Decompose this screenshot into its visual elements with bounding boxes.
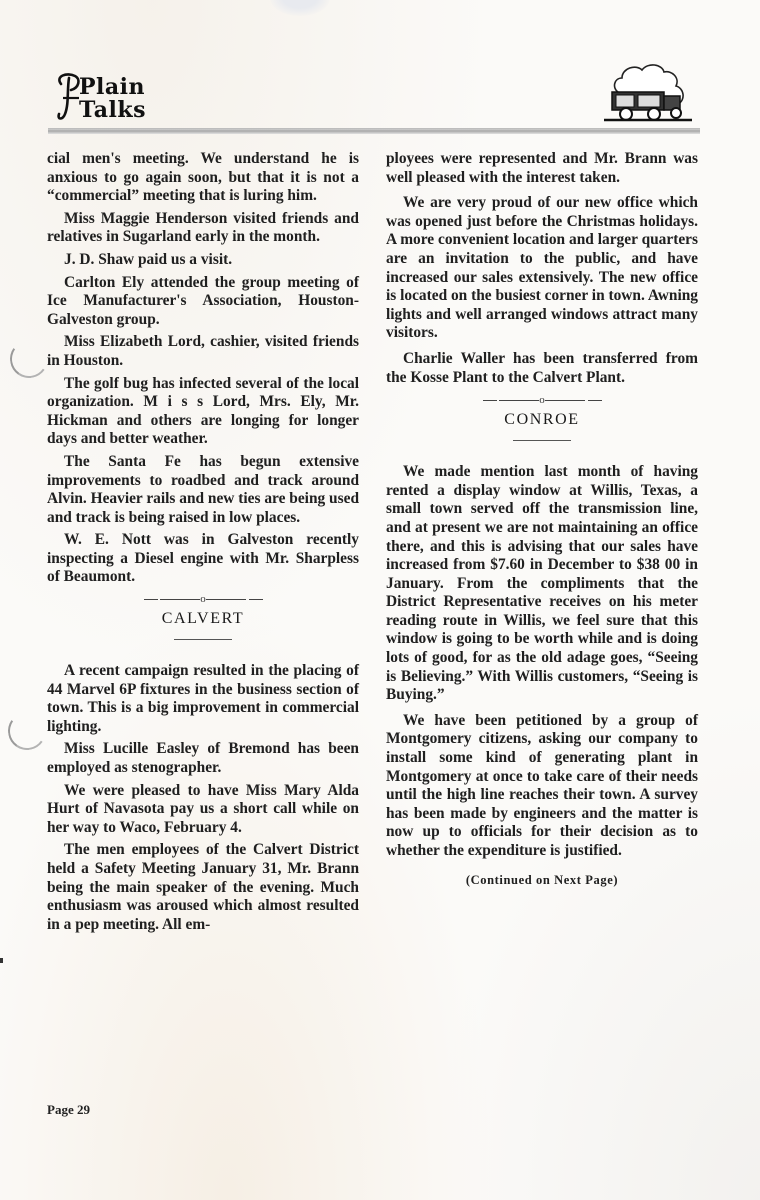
divider-dash <box>499 400 539 401</box>
paragraph: Carlton Ely attended the group meeting o… <box>47 274 359 330</box>
continued-note: (Continued on Next Page) <box>386 871 698 890</box>
paragraph: A recent campaign resulted in the placin… <box>47 662 359 736</box>
right-column: ployees were represented and Mr. Brann w… <box>386 150 698 889</box>
heading-underline <box>174 639 232 640</box>
divider-dash <box>545 400 585 401</box>
left-column: cial men's meeting. We understand he is … <box>47 150 359 938</box>
paragraph: Miss Elizabeth Lord, cashier, visit­ed f… <box>47 333 359 370</box>
page-number: Page 29 <box>47 1102 90 1118</box>
paragraph: Charlie Waller has been transfer­red fro… <box>386 350 698 387</box>
divider-dash <box>206 599 246 600</box>
divider-dash <box>144 599 158 600</box>
paragraph: Miss Lucille Easley of Bremond has been … <box>47 740 359 777</box>
paragraph: We were pleased to have Miss Mary Alda H… <box>47 782 359 838</box>
divider-dash <box>588 400 602 401</box>
paragraph: We have been petitioned by a group of Mo… <box>386 712 698 861</box>
divider-dash <box>483 400 497 401</box>
paragraph: W. E. Nott was in Galveston re­cently in… <box>47 531 359 587</box>
hole-punch-mark <box>7 337 51 381</box>
paragraph: The men employees of the Calvert Distric… <box>47 841 359 934</box>
masthead: Plain Talks <box>48 58 700 136</box>
logo-word-plain: Plain <box>79 76 145 98</box>
section-divider: o <box>386 394 698 406</box>
divider-dash <box>249 599 263 600</box>
section-heading-conroe: CONROE <box>386 410 698 430</box>
header-rule <box>48 128 700 134</box>
paragraph: cial men's meeting. We understand he is … <box>47 150 359 206</box>
paragraph: We made mention last month of having ren… <box>386 463 698 705</box>
section-heading-calvert: CALVERT <box>47 609 359 629</box>
divider-dash <box>160 599 200 600</box>
plain-talks-logo: Plain Talks <box>53 70 143 130</box>
edge-mark <box>0 958 3 963</box>
logo-word-talks: Talks <box>79 99 146 121</box>
heading-underline <box>513 440 571 441</box>
truck-icon <box>598 58 698 128</box>
paper-stain <box>270 0 330 16</box>
paragraph: J. D. Shaw paid us a visit. <box>47 251 359 270</box>
paragraph: We are very proud of our new of­fice whi… <box>386 194 698 343</box>
section-divider: o <box>47 593 359 605</box>
hole-punch-mark <box>5 709 49 753</box>
paragraph: ployees were represented and Mr. Brann w… <box>386 150 698 187</box>
paragraph: The Santa Fe has begun extensive improve… <box>47 453 359 527</box>
paragraph: The golf bug has infected several of the… <box>47 375 359 449</box>
paragraph: Miss Maggie Henderson visited friends an… <box>47 210 359 247</box>
